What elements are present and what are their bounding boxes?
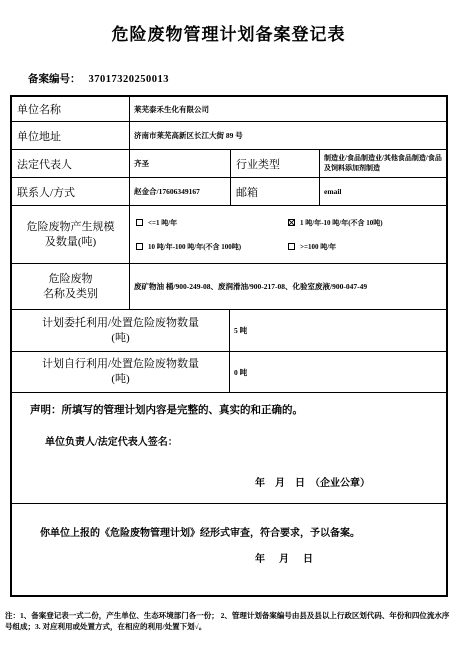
declaration-statement: 声明：所填写的管理计划内容是完整的、真实的和正确的。 <box>30 402 446 417</box>
row-declaration: 声明：所填写的管理计划内容是完整的、真实的和正确的。 单位负责人/法定代表人签名… <box>12 392 446 503</box>
waste-scale-options: <=1 吨/年 1 吨/年-10 吨/年(不含 10吨) 10 吨/年-100 … <box>129 206 446 263</box>
row-legal-rep-industry: 法定代表人 齐圣 行业类型 制造业/食品制造业/其他食品制造/食品及饲料添加剂制… <box>12 149 446 177</box>
scale-option-gte100: >=100 吨/年 <box>288 242 336 252</box>
row-unit-name: 单位名称 莱芜泰禾生化有限公司 <box>12 97 446 121</box>
registration-number-value: 37017320250013 <box>89 74 170 85</box>
footnote: 注：1、备案登记表一式二份，产生单位、生态环境部门各一份； 2、管理计划备案编号… <box>5 610 451 633</box>
checkbox-icon[interactable] <box>136 243 143 250</box>
industry-type-value: 制造业/食品制造业/其他食品制造/食品及饲料添加剂制造 <box>319 150 446 177</box>
checkbox-icon[interactable] <box>288 219 295 226</box>
industry-type-label: 行业类型 <box>230 150 319 177</box>
checkbox-icon[interactable] <box>136 219 143 226</box>
review-statement: 你单位上报的《危险废物管理计划》经形式审查，符合要求，予以备案。 <box>40 524 446 539</box>
waste-scale-label: 危险废物产生规模 及数量(吨) <box>12 206 129 263</box>
document-page: 危险废物管理计划备案登记表 备案编号：37017320250013 单位名称 莱… <box>0 0 457 645</box>
row-unit-address: 单位地址 济南市莱芜高新区长江大街 89 号 <box>12 121 446 149</box>
registration-number-line: 备案编号：37017320250013 <box>28 71 457 86</box>
unit-address-value: 济南市莱芜高新区长江大街 89 号 <box>129 122 446 149</box>
scale-option-lte1: <=1 吨/年 <box>136 218 288 228</box>
self-disposal-amount-value: 0 吨 <box>229 352 446 392</box>
self-disposal-amount-label: 计划自行利用/处置危险废物数量 (吨) <box>12 352 229 392</box>
legal-rep-label: 法定代表人 <box>12 150 129 177</box>
entrusted-amount-label: 计划委托利用/处置危险废物数量 (吨) <box>12 310 229 351</box>
row-self-disposal-amount: 计划自行利用/处置危险废物数量 (吨) 0 吨 <box>12 351 446 392</box>
row-contact-email: 联系人/方式 赵金合/17606349167 邮箱 email <box>12 177 446 205</box>
waste-names-value: 废矿物油 桶/900-249-08、废润滑油/900-217-08、化验室废液/… <box>129 264 446 309</box>
declaration-date-line: 年 月 日 （企业公章） <box>255 474 446 489</box>
row-waste-names: 危险废物 名称及类别 废矿物油 桶/900-249-08、废润滑油/900-21… <box>12 263 446 309</box>
entrusted-amount-value: 5 吨 <box>229 310 446 351</box>
signature-label: 单位负责人/法定代表人签名： <box>45 433 446 448</box>
email-value: email <box>319 178 446 205</box>
declaration-section: 声明：所填写的管理计划内容是完整的、真实的和正确的。 单位负责人/法定代表人签名… <box>12 393 446 503</box>
waste-names-label: 危险废物 名称及类别 <box>12 264 129 309</box>
row-waste-scale: 危险废物产生规模 及数量(吨) <=1 吨/年 1 吨/年-10 吨/年(不含 … <box>12 205 446 263</box>
page-title: 危险废物管理计划备案登记表 <box>0 0 457 45</box>
contact-value: 赵金合/17606349167 <box>129 178 230 205</box>
scale-option-1to10: 1 吨/年-10 吨/年(不含 10吨) <box>288 218 383 228</box>
unit-name-value: 莱芜泰禾生化有限公司 <box>129 97 446 121</box>
contact-label: 联系人/方式 <box>12 178 129 205</box>
email-label: 邮箱 <box>230 178 319 205</box>
scale-option-10to100: 10 吨/年-100 吨/年(不含 100吨) <box>136 242 288 252</box>
legal-rep-value: 齐圣 <box>129 150 230 177</box>
review-section: 你单位上报的《危险废物管理计划》经形式审查，符合要求，予以备案。 年 月 日 <box>12 504 446 595</box>
registration-number-label: 备案编号： <box>28 74 81 85</box>
row-entrusted-amount: 计划委托利用/处置危险废物数量 (吨) 5 吨 <box>12 309 446 351</box>
registration-form-table: 单位名称 莱芜泰禾生化有限公司 单位地址 济南市莱芜高新区长江大街 89 号 法… <box>10 95 448 597</box>
review-date-line: 年 月 日 <box>255 550 446 565</box>
unit-address-label: 单位地址 <box>12 122 129 149</box>
row-review: 你单位上报的《危险废物管理计划》经形式审查，符合要求，予以备案。 年 月 日 <box>12 503 446 595</box>
checkbox-icon[interactable] <box>288 243 295 250</box>
unit-name-label: 单位名称 <box>12 97 129 121</box>
